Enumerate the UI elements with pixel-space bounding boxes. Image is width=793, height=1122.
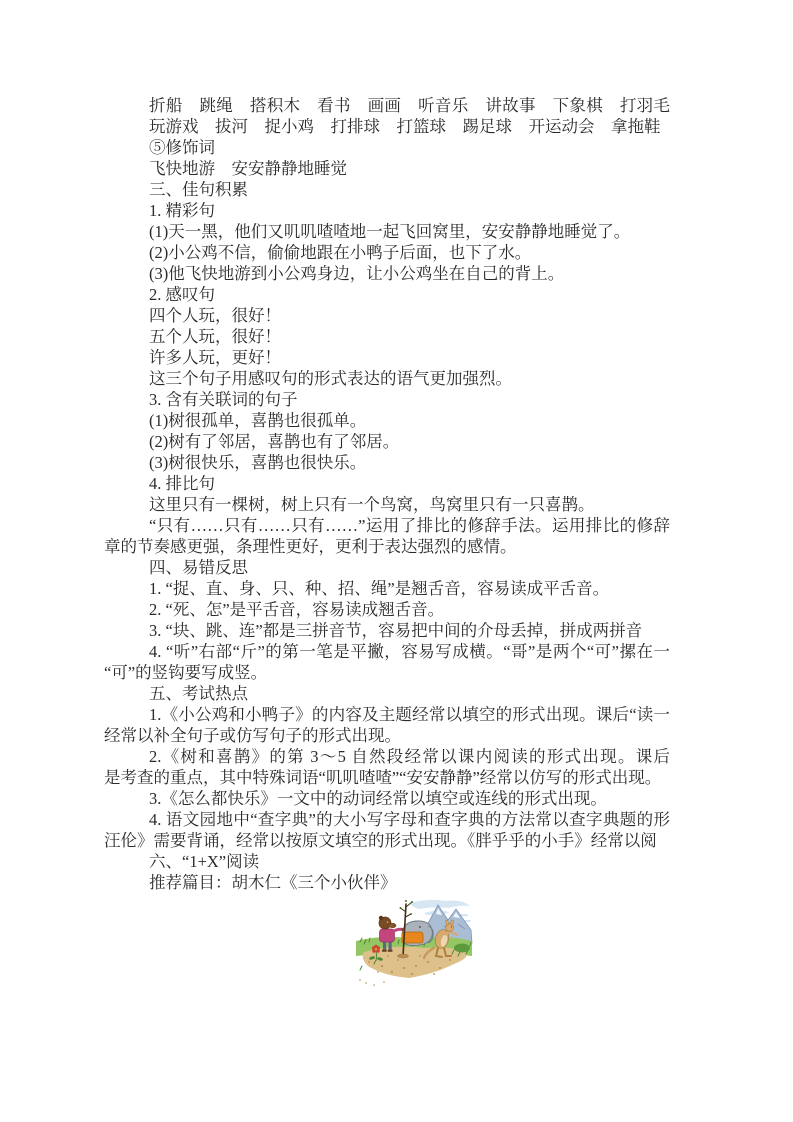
text-line: (1)树很孤单，喜鹊也很孤单。 [104,410,670,431]
text-line: “只有……只有……只有……”运用了排比的修辞手法。运用排比的修辞手法可以使文 [104,515,670,536]
text-line: 1. “捉、直、身、只、种、招、绳”是翘舌音，容易读成平舌音。 [104,578,670,599]
text-line: 六、“1+X”阅读 [104,851,670,872]
text-line: (1)天一黑，他们又叽叽喳喳地一起飞回窝里，安安静静地睡觉了。 [104,221,670,242]
text-line: 飞快地游 安安静静地睡觉 [104,158,670,179]
text-line: 4. 排比句 [104,473,670,494]
text-line: 三、佳句积累 [104,179,670,200]
text-line: (3)他飞快地游到小公鸡身边，让小公鸡坐在自己的背上。 [104,263,670,284]
text-line: 章的节奏感更强，条理性更好，更利于表达强烈的感情。 [104,536,670,557]
text-line: 这里只有一棵树，树上只有一个鸟窝，鸟窝里只有一只喜鹊。 [104,494,670,515]
text-line: 1. 精彩句 [104,200,670,221]
text-line: 2.《树和喜鹊》的第 3～5 自然段经常以课内阅读的形式出现。课后的“读一读，记… [104,746,670,767]
text-line: 4. “听”右部“斤”的第一笔是平撇，容易写成横。“哥”是两个“可”摞在一起，上… [104,641,670,662]
text-line: 五、考试热点 [104,683,670,704]
text-line: 汪伦》需要背诵，经常以按原文填空的形式出现。《胖乎乎的小手》经常以阅读的形式出现… [104,830,670,851]
storybook-illustration [354,896,474,988]
text-line: ⑤修饰词 [104,137,670,158]
text-line: 3. “块、跳、连”都是三拼音节，容易把中间的介母丢掉，拼成两拼音节。 [104,620,670,641]
text-line: 4. 语文园地中“查字典”的大小写字母和查字典的方法常以查字典题的形式出现。《赠 [104,809,670,830]
text-line: 四、易错反思 [104,557,670,578]
text-line: 五个人玩，很好！ [104,326,670,347]
orange-blanket [402,932,423,943]
planting-mound [398,954,409,958]
text-line: 是考查的重点，其中特殊词语“叽叽喳喳”“安安静静”经常以仿写的形式出现。 [104,767,670,788]
text-line: 3. 含有关联词的句子 [104,389,670,410]
text-line: 推荐篇目：胡木仁《三个小伙伴》 [104,872,670,893]
text-line: 2. 感叹句 [104,284,670,305]
text-line: 3.《怎么都快乐》一文中的动词经常以填空或连线的形式出现。 [104,788,670,809]
text-line: 许多人玩，更好！ [104,347,670,368]
text-line: 1.《小公鸡和小鸭子》的内容及主题经常以填空的形式出现。课后“读一读，比一比” [104,704,670,725]
text-line: “可”的竖钩要写成竖。 [104,662,670,683]
text-line: (2)树有了邻居，喜鹊也有了邻居。 [104,431,670,452]
text-line: (3)树很快乐，喜鹊也很快乐。 [104,452,670,473]
text-line: 折船 跳绳 搭积木 看书 画画 听音乐 讲故事 下象棋 打羽毛球 坐跷跷板 [104,95,670,116]
text-line: 玩游戏 拔河 捉小鸡 打排球 打篮球 踢足球 开运动会 拿拖鞋 洗手绢 [104,116,670,137]
document-body: 折船 跳绳 搭积木 看书 画画 听音乐 讲故事 下象棋 打羽毛球 坐跷跷板玩游戏… [104,95,670,893]
text-line: 这三个句子用感叹句的形式表达的语气更加强烈。 [104,368,670,389]
text-line: (2)小公鸡不信，偷偷地跟在小鸭子后面，也下了水。 [104,242,670,263]
text-line: 四个人玩，很好！ [104,305,670,326]
elephant [402,921,433,946]
bush [454,944,470,953]
text-line: 经常以补全句子或仿写句子的形式出现。 [104,725,670,746]
text-line: 2. “死、怎”是平舌音，容易读成翘舌音。 [104,599,670,620]
